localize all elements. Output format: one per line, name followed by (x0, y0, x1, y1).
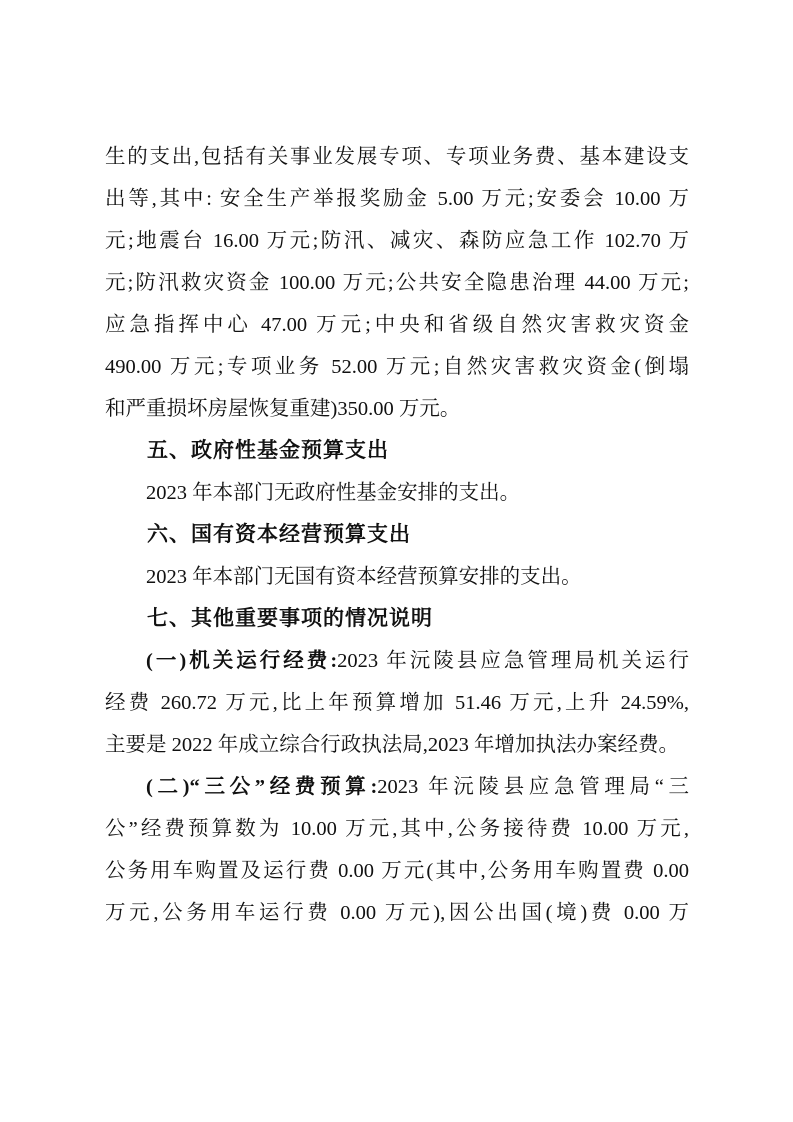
para-agency-cost-line-1: (一)机关运行经费:2023 年沅陵县应急管理局机关运行 (105, 640, 689, 682)
para-carryover-line-2: 出等,其中: 安全生产举报奖励金 5.00 万元;安委会 10.00 万 (105, 178, 689, 220)
document-body: 生的支出,包括有关事业发展专项、专项业务费、基本建设支 出等,其中: 安全生产举… (105, 136, 689, 934)
para-three-public-line-1-text: 2023 年沅陵县应急管理局“三 (377, 776, 689, 798)
para-agency-cost-line-2: 经费 260.72 万元,比上年预算增加 51.46 万元,上升 24.59%, (105, 682, 689, 724)
para-gov-fund: 2023 年本部门无政府性基金安排的支出。 (105, 472, 689, 514)
para-three-public-line-3: 公务用车购置及运行费 0.00 万元(其中,公务用车购置费 0.00 (105, 850, 689, 892)
para-carryover-line-3: 元;地震台 16.00 万元;防汛、减灾、森防应急工作 102.70 万 (105, 220, 689, 262)
para-agency-cost-line-3: 主要是 2022 年成立综合行政执法局,2023 年增加执法办案经费。 (105, 724, 689, 766)
para-carryover-line-5: 应急指挥中心 47.00 万元;中央和省级自然灾害救灾资金 (105, 304, 689, 346)
para-state-capital: 2023 年本部门无国有资本经营预算安排的支出。 (105, 556, 689, 598)
para-three-public-line-1: (二)“三公”经费预算:2023 年沅陵县应急管理局“三 (105, 766, 689, 808)
heading-section-5: 五、政府性基金预算支出 (105, 430, 689, 472)
para-three-public-line-2: 公”经费预算数为 10.00 万元,其中,公务接待费 10.00 万元, (105, 808, 689, 850)
heading-section-7: 七、其他重要事项的情况说明 (105, 598, 689, 640)
para-carryover-line-7: 和严重损坏房屋恢复重建)350.00 万元。 (105, 388, 689, 430)
para-agency-cost-lead: (一)机关运行经费: (146, 650, 337, 672)
para-carryover-line-6: 490.00 万元;专项业务 52.00 万元;自然灾害救灾资金(倒塌 (105, 346, 689, 388)
heading-section-6: 六、国有资本经营预算支出 (105, 514, 689, 556)
para-three-public-line-4: 万元,公务用车运行费 0.00 万元),因公出国(境)费 0.00 万 (105, 892, 689, 934)
para-carryover-line-1: 生的支出,包括有关事业发展专项、专项业务费、基本建设支 (105, 136, 689, 178)
document-page: 生的支出,包括有关事业发展专项、专项业务费、基本建设支 出等,其中: 安全生产举… (0, 0, 793, 1122)
para-three-public-lead: (二)“三公”经费预算: (146, 776, 377, 798)
para-carryover-line-4: 元;防汛救灾资金 100.00 万元;公共安全隐患治理 44.00 万元; (105, 262, 689, 304)
para-agency-cost-line-1-text: 2023 年沅陵县应急管理局机关运行 (337, 650, 689, 672)
